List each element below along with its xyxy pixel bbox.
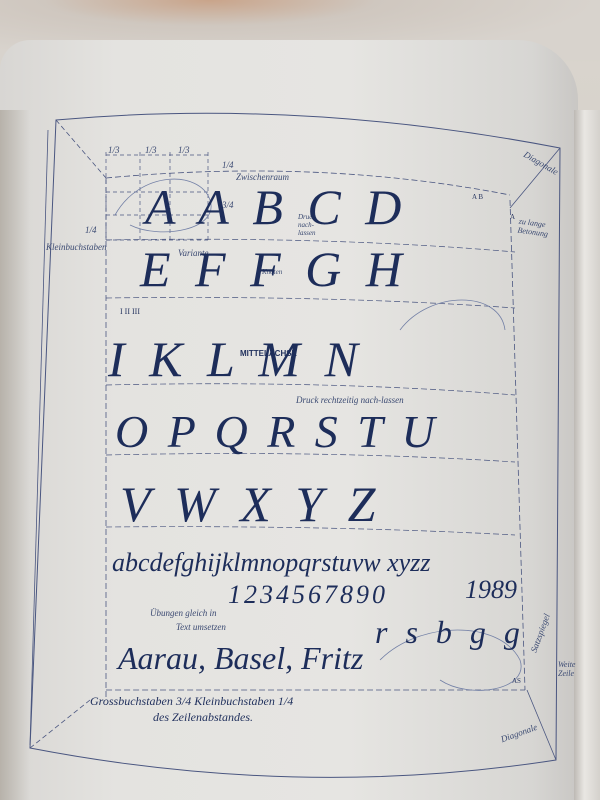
marker-a: A bbox=[510, 213, 515, 221]
uebungen-note-line-2: Text umsetzen bbox=[176, 622, 226, 632]
thirds-label-1: 1/3 bbox=[108, 145, 120, 155]
digits-row: 1234567890 bbox=[228, 580, 388, 610]
thirds-label-2: 1/3 bbox=[145, 145, 157, 155]
weite-zeile-note: Weite Zeile bbox=[558, 660, 582, 678]
alphabet-row-5: V W X Y Z bbox=[120, 475, 381, 533]
alphabet-row-1: A A B C D bbox=[145, 178, 407, 236]
druck-rechtzeitig-label: Druck rechtzeitig nach-lassen bbox=[296, 395, 404, 405]
marker-as: AS bbox=[512, 677, 521, 685]
year-sample: 1989 bbox=[465, 575, 517, 605]
alphabet-row-3: I K L M N bbox=[108, 330, 364, 388]
uebungen-note-line-1: Übungen gleich in bbox=[150, 608, 217, 618]
marker-ab: A B bbox=[472, 193, 483, 201]
alphabet-row-2: E F F G H bbox=[140, 240, 408, 298]
variants-row-label: I II III bbox=[120, 307, 140, 316]
quarter-top-label: 1/4 bbox=[222, 160, 234, 170]
thirds-label-3: 1/3 bbox=[178, 145, 190, 155]
footer-note-line-2: des Zeilenabstandes. bbox=[153, 710, 253, 725]
kleinbuchstaben-label: Kleinbuchstaben bbox=[46, 242, 107, 252]
alphabet-row-4: O P Q R S T U bbox=[115, 405, 439, 458]
sample-words: Aarau, Basel, Fritz bbox=[118, 640, 363, 677]
footer-note-line-1: Grossbuchstaben 3/4 Kleinbuchstaben 1/4 bbox=[90, 694, 293, 709]
letter-forms-sample: r s b g g bbox=[375, 614, 525, 651]
quarter-left-label: 1/4 bbox=[85, 225, 97, 235]
lowercase-alphabet: abcdefghijklmnopqrstuvw xyzz bbox=[112, 548, 430, 578]
